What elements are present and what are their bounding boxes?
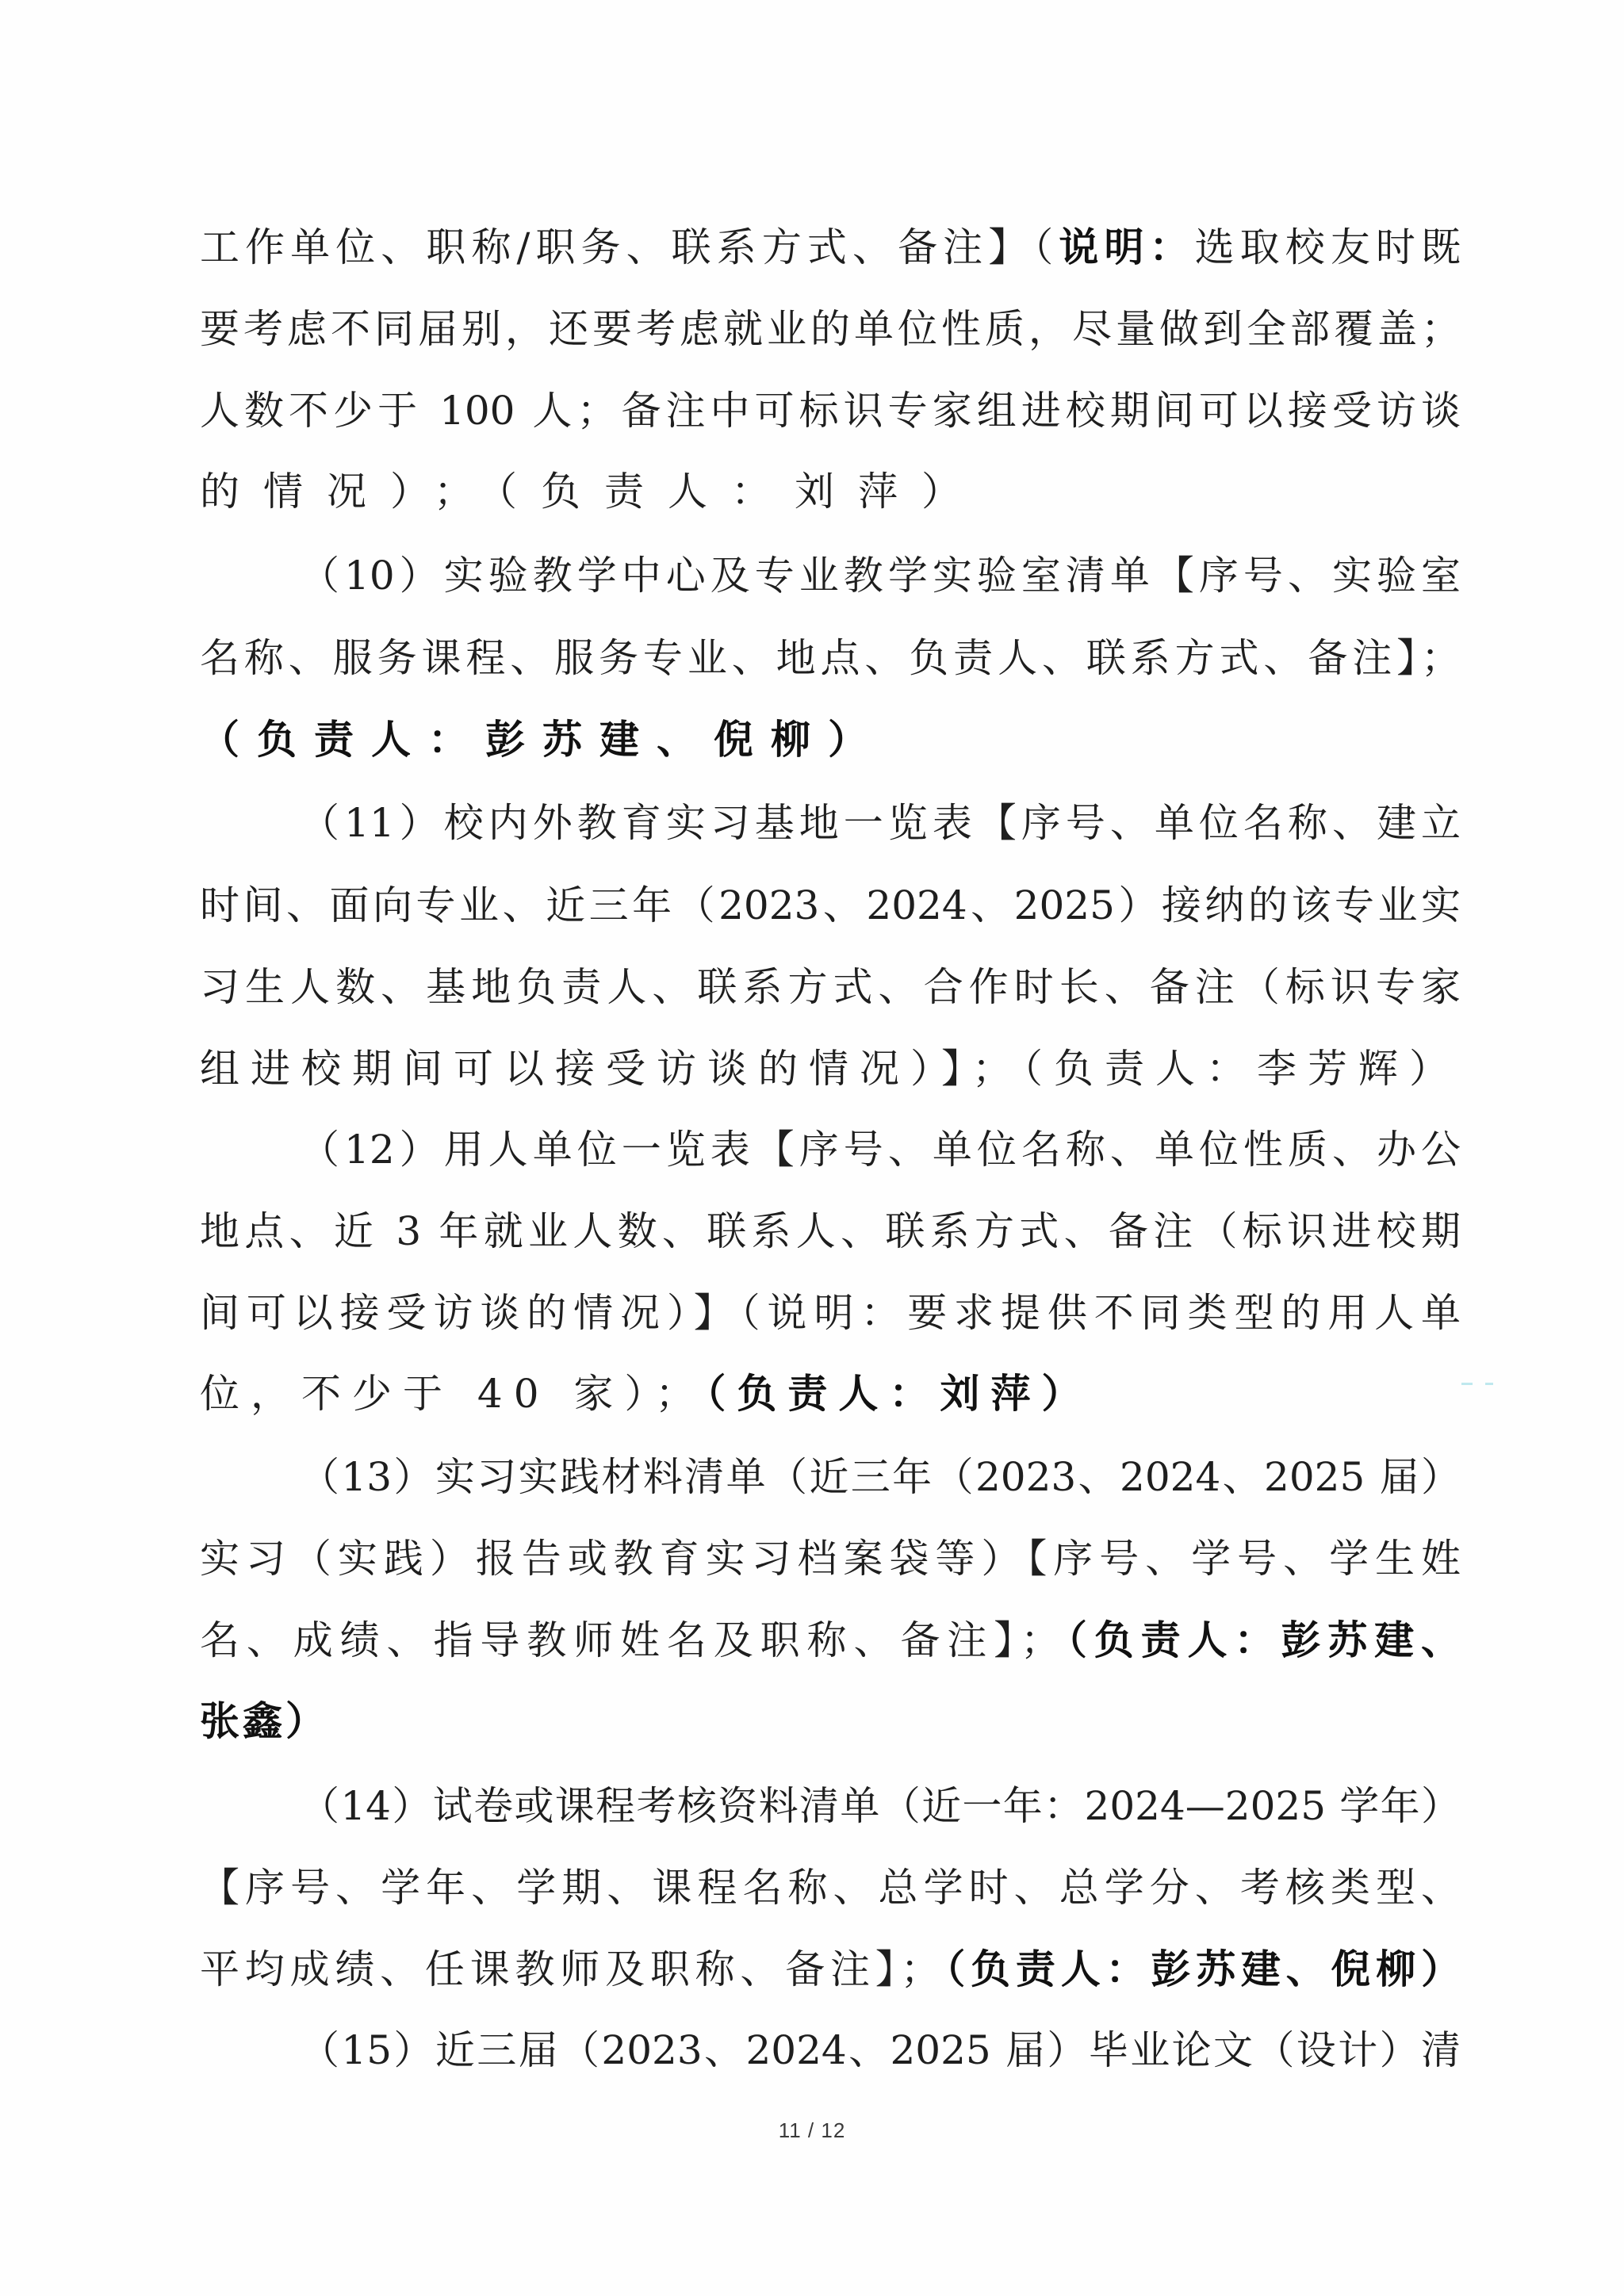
text-run: 组进校期间可以接受访谈的情况）】；（负责人：李芳辉） [200, 1046, 1460, 1092]
list-item-11-line: 习生人数、基地负责人、联系方式、合作时长、备注（标识专家 [200, 963, 1461, 1011]
text-run: 位，不少于 40 家）； [200, 1371, 706, 1417]
list-item-12-line: 位，不少于 40 家）；（负责人：刘萍） [200, 1370, 1461, 1418]
paragraph-line: 人数不少于 100 人；备注中可标识专家组进校期间可以接受访谈 [200, 387, 1461, 434]
text-run: 地点、近 3 年就业人数、联系人、联系方式、备注（标识进校期 [200, 1208, 1461, 1254]
page-number: 11 / 12 [0, 2118, 1624, 2143]
list-item-13-line: 实习（实践）报告或教育实习档案袋等）【序号、学号、学生姓 [200, 1535, 1461, 1582]
text-run: 间可以接受访谈的情况）】（说明：要求提供不同类型的用人单 [200, 1290, 1461, 1336]
paragraph-line: 要考虑不同届别，还要考虑就业的单位性质，尽量做到全部覆盖； [200, 305, 1461, 353]
list-item-13-line: 名、成绩、指导教师姓名及职称、备注】；（负责人：彭苏建、 [200, 1617, 1461, 1664]
text-run: 【序号、学年、学期、课程名称、总学时、总学分、考核类型、 [200, 1865, 1461, 1911]
list-item-11-line: （11）校内外教育实习基地一览表【序号、单位名称、建立 [300, 799, 1461, 847]
responsible-person: （负责人：刘萍） [706, 1370, 1092, 1417]
text-run: 平均成绩、任课教师及职称、备注】； [200, 1946, 940, 1992]
text-run: （12）用人单位一览表【序号、单位名称、单位性质、办公 [300, 1127, 1461, 1173]
list-item-10-line: （10）实验教学中心及专业教学实验室清单【序号、实验室 [300, 552, 1461, 599]
text-run: （13）实习实践材料清单（近三年（2023、2024、2025 届） [300, 1454, 1461, 1500]
text-run: 选取校友时既 [1195, 224, 1461, 270]
text-run: 时间、面向专业、近三年（2023、2024、2025）接纳的该专业实 [200, 882, 1461, 928]
text-run: （14）试卷或课程考核资料清单（近一年：2024—2025 学年） [300, 1783, 1461, 1829]
responsible-person: （负责人：彭苏建、倪柳） [940, 1946, 1461, 1992]
paragraph-line: 工作单位、职称/职务、联系方式、备注】（说明：选取校友时既 [200, 224, 1461, 271]
text-run-bold: 说明： [1059, 224, 1194, 270]
text-run: 人数不少于 100 人；备注中可标识专家组进校期间可以接受访谈 [200, 388, 1461, 434]
text-run: 习生人数、基地负责人、联系方式、合作时长、备注（标识专家 [200, 964, 1461, 1010]
list-item-14-line: 平均成绩、任课教师及职称、备注】；（负责人：彭苏建、倪柳） [200, 1946, 1461, 1993]
list-item-13-line: 张鑫） [200, 1697, 1461, 1745]
text-run: 要考虑不同届别，还要考虑就业的单位性质，尽量做到全部覆盖； [200, 306, 1461, 352]
text-run: （10）实验教学中心及专业教学实验室清单【序号、实验室 [300, 553, 1461, 599]
paragraph-line: 的情况）；（负责人：刘萍） [200, 468, 1461, 515]
list-item-12-line: （12）用人单位一览表【序号、单位名称、单位性质、办公 [300, 1126, 1461, 1173]
text-run: 的情况）；（负责人：刘萍） [200, 469, 985, 515]
list-item-14-line: （14）试卷或课程考核资料清单（近一年：2024—2025 学年） [300, 1782, 1461, 1830]
text-run: （11）校内外教育实习基地一览表【序号、单位名称、建立 [300, 800, 1461, 846]
list-item-11-line: 时间、面向专业、近三年（2023、2024、2025）接纳的该专业实 [200, 882, 1461, 929]
list-item-12-line: 间可以接受访谈的情况）】（说明：要求提供不同类型的用人单 [200, 1289, 1461, 1337]
responsible-person: （负责人：彭苏建、倪柳） [200, 716, 885, 763]
document-page: 工作单位、职称/职务、联系方式、备注】（说明：选取校友时既 要考虑不同届别，还要… [0, 0, 1624, 2296]
list-item-10-line: （负责人：彭苏建、倪柳） [200, 716, 1461, 763]
text-run: 工作单位、职称/职务、联系方式、备注】（ [200, 224, 1059, 270]
list-item-12-line: 地点、近 3 年就业人数、联系人、联系方式、备注（标识进校期 [200, 1207, 1461, 1255]
responsible-person: （负责人：彭苏建、 [1060, 1617, 1461, 1663]
scan-artifact [1485, 1383, 1493, 1385]
list-item-13-line: （13）实习实践材料清单（近三年（2023、2024、2025 届） [300, 1453, 1461, 1501]
responsible-person: 张鑫） [200, 1697, 328, 1744]
text-run: 名称、服务课程、服务专业、地点、负责人、联系方式、备注】； [200, 635, 1461, 681]
list-item-15-line: （15）近三届（2023、2024、2025 届）毕业论文（设计）清 [300, 2026, 1461, 2074]
text-run: 名、成绩、指导教师姓名及职称、备注】； [200, 1617, 1060, 1663]
scan-artifact [1461, 1383, 1473, 1385]
list-item-14-line: 【序号、学年、学期、课程名称、总学时、总学分、考核类型、 [200, 1864, 1461, 1911]
list-item-10-line: 名称、服务课程、服务专业、地点、负责人、联系方式、备注】； [200, 634, 1461, 682]
text-run: 实习（实践）报告或教育实习档案袋等）【序号、学号、学生姓 [200, 1536, 1461, 1582]
list-item-11-line: 组进校期间可以接受访谈的情况）】；（负责人：李芳辉） [200, 1045, 1461, 1093]
text-run: （15）近三届（2023、2024、2025 届）毕业论文（设计）清 [300, 2027, 1461, 2073]
